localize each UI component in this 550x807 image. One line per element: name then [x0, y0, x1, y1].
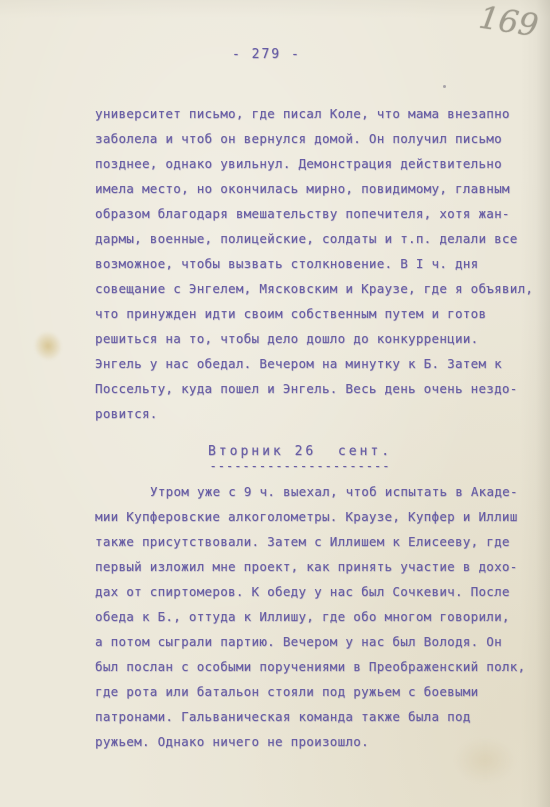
- diary-line: совещание с Энгелем, Мясковским и Краузе…: [95, 276, 515, 301]
- handwritten-folio-number: 169: [477, 0, 541, 44]
- diary-line: также присутствовали. Затем с Иллишем к …: [95, 529, 515, 554]
- diary-line: дах от спиртомеров. К обеду у нас был Со…: [95, 579, 515, 604]
- diary-line: заболела и чтоб он вернулся домой. Он по…: [95, 126, 515, 151]
- diary-line: решиться на то, чтобы дело дошло до конк…: [95, 326, 515, 351]
- scanned-page: 169 - 279 - университет письмо, где писа…: [0, 0, 550, 807]
- diary-line: позднее, однако увильнул. Демонстрация д…: [95, 151, 515, 176]
- diary-line: имела место, но окончилась мирно, повиди…: [95, 176, 515, 201]
- diary-line: университет письмо, где писал Коле, что …: [95, 101, 515, 126]
- ink-speck: [443, 85, 446, 88]
- diary-line: дармы, военные, полицейские, солдаты и т…: [95, 226, 515, 251]
- diary-line: Поссельту, куда пошел и Энгель. Весь ден…: [95, 376, 515, 401]
- diary-line: ровится.: [95, 401, 515, 426]
- diary-paragraph-entry: Утром уже с 9 ч. выехал, чтоб испытать в…: [95, 479, 515, 754]
- diary-line: Утром уже с 9 ч. выехал, чтоб испытать в…: [95, 479, 515, 504]
- diary-line: первый изложил мне проект, как принять у…: [95, 554, 515, 579]
- diary-line: где рота или батальон стояли под ружьем …: [95, 679, 515, 704]
- diary-line: образом благодаря вмешательству попечите…: [95, 201, 515, 226]
- diary-line: что принужден идти своим собственным пут…: [95, 301, 515, 326]
- diary-line: мии Купферовские алкоголометры. Краузе, …: [95, 504, 515, 529]
- paper-stain: [29, 326, 67, 365]
- diary-line: возможное, чтобы вызвать столкновение. В…: [95, 251, 515, 276]
- diary-line: Энгель у нас обедал. Вечером на минутку …: [95, 351, 515, 376]
- diary-line: а потом сыграли партию. Вечером у нас бы…: [95, 629, 515, 654]
- diary-line: обеда к Б., оттуда к Иллишу, где обо мно…: [95, 604, 515, 629]
- diary-line: был послан с особыми поручениями в Преоб…: [95, 654, 515, 679]
- diary-paragraph-continuation: университет письмо, где писал Коле, что …: [95, 101, 515, 426]
- diary-line: патронами. Гальваническая команда также …: [95, 704, 515, 729]
- diary-line: ружьем. Однако ничего не произошло.: [95, 729, 515, 754]
- heading-underline-dashes: ----------------------: [95, 459, 505, 473]
- page-number: - 279 -: [232, 47, 301, 62]
- diary-entry-heading: Вторник 26 сент.: [95, 444, 505, 459]
